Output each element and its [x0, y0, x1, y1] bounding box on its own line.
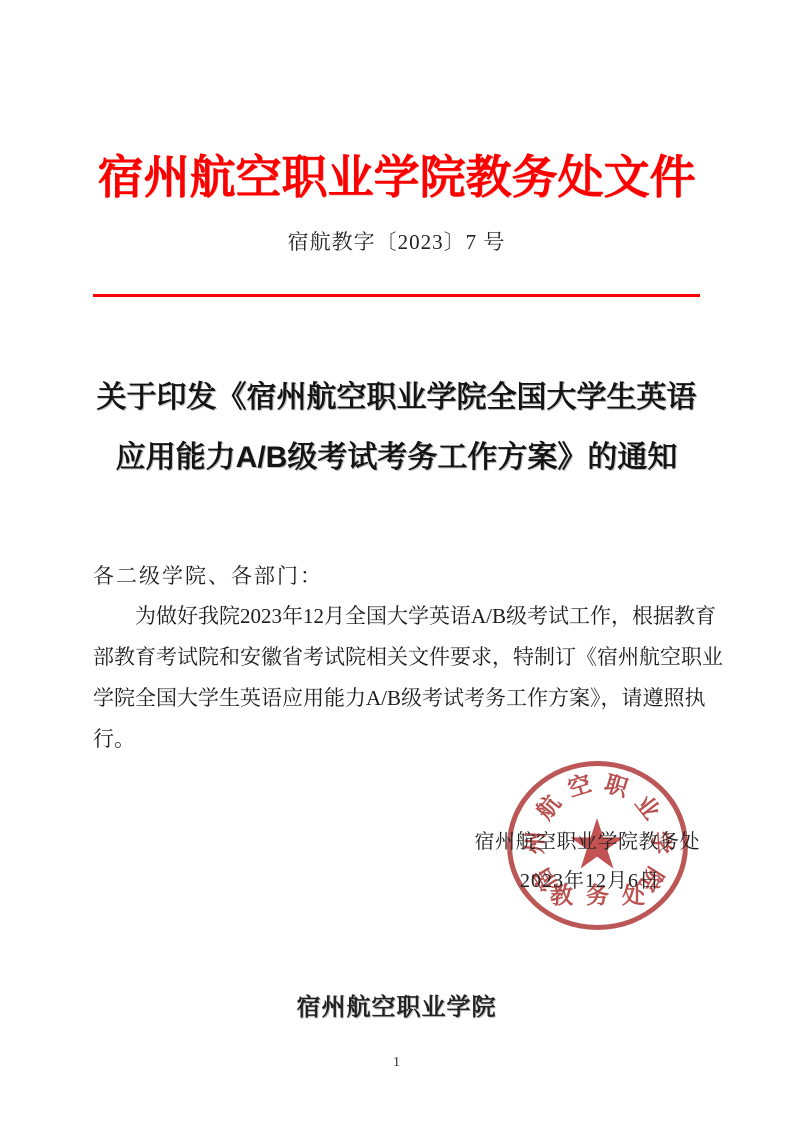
document-title-line1: 关于印发《宿州航空职业学院全国大学生英语 [0, 368, 793, 428]
body-line: 行。 [93, 719, 700, 760]
salutation: 各二级学院、各部门： [93, 560, 700, 590]
footer-org-name: 宿州航空职业学院 [0, 987, 793, 1022]
signature-date: 2023年12月6日 [520, 864, 660, 893]
red-letterhead-title: 宿州航空职业学院教务处文件 [0, 141, 793, 207]
body-paragraph: 为做好我院2023年12月全国大学英语A/B级考试工作，根据教育 部教育考试院和… [93, 596, 700, 760]
signature-org: 宿州航空职业学院教务处 [475, 825, 701, 854]
body-line: 为做好我院2023年12月全国大学英语A/B级考试工作，根据教育 [93, 596, 700, 637]
red-divider-line [93, 294, 700, 297]
document-number: 宿航教字〔2023〕7 号 [0, 226, 793, 256]
page-number: 1 [0, 1055, 793, 1071]
body-line: 部教育考试院和安徽省考试院相关文件要求，特制订《宿州航空职业 [93, 637, 700, 678]
body-line: 学院全国大学生英语应用能力A/B级考试考务工作方案》，请遵照执 [93, 678, 700, 719]
document-title: 关于印发《宿州航空职业学院全国大学生英语 应用能力A/B级考试考务工作方案》的通… [0, 368, 793, 488]
document-page: 宿州航空职业学院教务处文件 宿航教字〔2023〕7 号 关于印发《宿州航空职业学… [0, 0, 793, 1122]
document-title-line2: 应用能力A/B级考试考务工作方案》的通知 [0, 428, 793, 488]
